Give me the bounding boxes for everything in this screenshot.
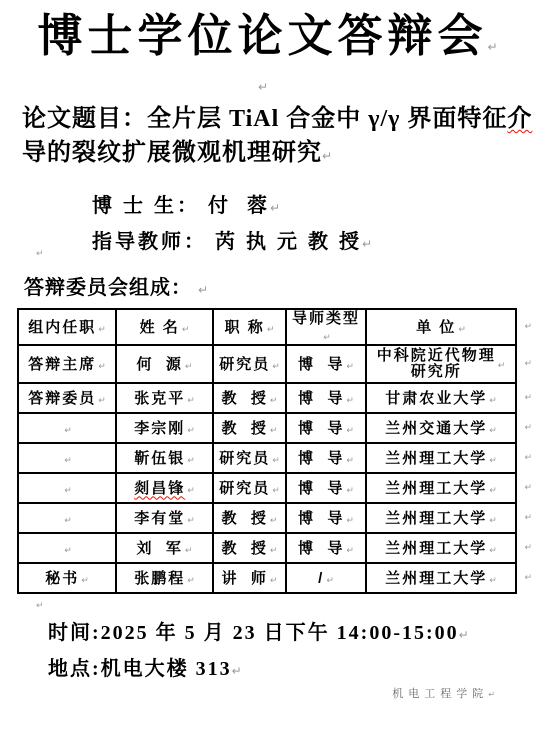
page: 博士学位论文答辩会↵ ↵ 论文题目：全片层 TiAl 合金中 γ/γ 界面特征介… bbox=[0, 0, 535, 755]
table-cell: 剡昌锋↵ bbox=[116, 473, 213, 503]
table-cell: ↵ bbox=[18, 533, 116, 563]
cell-end-mark-icon: ↵ bbox=[267, 325, 275, 335]
row-end-mark-icon: ↵ bbox=[524, 322, 532, 332]
cell-end-mark-icon: ↵ bbox=[489, 456, 497, 466]
cell-end-mark-icon: ↵ bbox=[489, 486, 497, 496]
cell-end-mark-icon: ↵ bbox=[272, 456, 280, 466]
table-cell: 秘书↵ bbox=[18, 563, 116, 593]
table-row: ↵ 刘 军↵ 教 授↵ 博 导↵ 兰州理工大学↵↵ bbox=[18, 533, 516, 563]
cell-end-mark-icon: ↵ bbox=[489, 576, 497, 586]
table-cell: 李有堂↵ bbox=[116, 503, 213, 533]
cell-end-mark-icon: ↵ bbox=[272, 486, 280, 496]
cell-end-mark-icon: ↵ bbox=[185, 546, 193, 556]
cell-end-mark-icon: ↵ bbox=[270, 546, 278, 556]
cell-end-mark-icon: ↵ bbox=[326, 576, 334, 586]
time-line: 时间:2025 年 5 月 23 日下午 14:00-15:00↵ bbox=[48, 616, 469, 645]
cell-end-mark-icon: ↵ bbox=[98, 362, 106, 372]
paragraph-mark-icon: ↵ bbox=[459, 628, 469, 642]
cell-end-mark-icon: ↵ bbox=[346, 546, 354, 556]
cell-end-mark-icon: ↵ bbox=[98, 396, 106, 406]
cell-end-mark-icon: ↵ bbox=[346, 486, 354, 496]
location-line: 地点:机电大楼 313↵ bbox=[48, 652, 242, 681]
cell-end-mark-icon: ↵ bbox=[64, 516, 72, 526]
table-cell: ↵ bbox=[18, 443, 116, 473]
cell-end-mark-icon: ↵ bbox=[64, 456, 72, 466]
cell-end-mark-icon: ↵ bbox=[489, 426, 497, 436]
table-cell: 李宗刚↵ bbox=[116, 413, 213, 443]
table-header-cell: 姓 名↵ bbox=[116, 309, 213, 345]
cell-end-mark-icon: ↵ bbox=[98, 325, 106, 335]
cell-end-mark-icon: ↵ bbox=[187, 576, 195, 586]
row-end-mark-icon: ↵ bbox=[524, 513, 532, 523]
thesis-title-line1: 论文题目：全片层 TiAl 合金中 γ/γ 界面特征介 bbox=[22, 102, 535, 136]
table-cell: 何 源↵ bbox=[116, 345, 213, 383]
paragraph-mark-icon: ↵ bbox=[36, 249, 44, 259]
paragraph-mark-icon: ↵ bbox=[487, 40, 497, 54]
table-cell: 答辩委员↵ bbox=[18, 383, 116, 413]
table-cell: 博 导↵ bbox=[286, 533, 366, 563]
table-cell: 兰州理工大学↵↵ bbox=[366, 533, 516, 563]
cell-end-mark-icon: ↵ bbox=[81, 576, 89, 586]
table-cell: 博 导↵ bbox=[286, 503, 366, 533]
table-cell: 兰州理工大学↵↵ bbox=[366, 563, 516, 593]
cell-end-mark-icon: ↵ bbox=[346, 362, 354, 372]
cell-end-mark-icon: ↵ bbox=[270, 396, 278, 406]
cell-end-mark-icon: ↵ bbox=[182, 325, 190, 335]
cell-end-mark-icon: ↵ bbox=[346, 396, 354, 406]
table-cell: 靳伍银↵ bbox=[116, 443, 213, 473]
cell-end-mark-icon: ↵ bbox=[489, 396, 497, 406]
table-cell: 博 导↵ bbox=[286, 473, 366, 503]
table-cell: 张鹏程↵ bbox=[116, 563, 213, 593]
paragraph-mark-icon: ↵ bbox=[258, 80, 268, 94]
row-end-mark-icon: ↵ bbox=[524, 483, 532, 493]
row-end-mark-icon: ↵ bbox=[524, 543, 532, 553]
paragraph-mark-icon: ↵ bbox=[232, 664, 242, 678]
student-line: 博 士 生： 付 蓉↵ bbox=[92, 189, 280, 218]
committee-table-wrapper: 组内任职↵ 姓 名↵ 职 称↵ 导师类型↵ 单 位↵↵ 答辩主席↵ 何 源↵ 研… bbox=[17, 308, 517, 594]
row-end-mark-icon: ↵ bbox=[524, 359, 532, 369]
table-cell: 中科院近代物理 研究所↵↵ bbox=[366, 345, 516, 383]
table-cell: 刘 军↵ bbox=[116, 533, 213, 563]
paragraph-mark-icon: ↵ bbox=[362, 237, 372, 251]
cell-end-mark-icon: ↵ bbox=[346, 456, 354, 466]
paragraph-mark-icon: ↵ bbox=[36, 601, 44, 611]
table-cell: 博 导↵ bbox=[286, 443, 366, 473]
table-cell: 研究员↵ bbox=[213, 473, 286, 503]
table-cell: 教 授↵ bbox=[213, 533, 286, 563]
table-header-cell: 组内任职↵ bbox=[18, 309, 116, 345]
cell-end-mark-icon: ↵ bbox=[270, 576, 278, 586]
table-cell: ↵ bbox=[18, 473, 116, 503]
title-row: 博士学位论文答辩会↵ bbox=[0, 10, 535, 62]
paragraph-mark-icon: ↵ bbox=[322, 149, 332, 163]
row-end-mark-icon: ↵ bbox=[524, 573, 532, 583]
table-row: 答辩主席↵ 何 源↵ 研究员↵ 博 导↵ 中科院近代物理 研究所↵↵ bbox=[18, 345, 516, 383]
cell-end-mark-icon: ↵ bbox=[187, 396, 195, 406]
cell-end-mark-icon: ↵ bbox=[187, 426, 195, 436]
table-header-row: 组内任职↵ 姓 名↵ 职 称↵ 导师类型↵ 单 位↵↵ bbox=[18, 309, 516, 345]
cell-end-mark-icon: ↵ bbox=[187, 486, 195, 496]
paragraph-mark-icon: ↵ bbox=[488, 690, 495, 699]
cell-end-mark-icon: ↵ bbox=[346, 426, 354, 436]
table-cell: 教 授↵ bbox=[213, 503, 286, 533]
table-cell: 答辩主席↵ bbox=[18, 345, 116, 383]
document-title: 博士学位论文答辩会 bbox=[37, 11, 487, 61]
cell-end-mark-icon: ↵ bbox=[489, 516, 497, 526]
cell-end-mark-icon: ↵ bbox=[458, 325, 466, 335]
table-cell: 博 导↵ bbox=[286, 345, 366, 383]
table-cell: 研究员↵ bbox=[213, 345, 286, 383]
cell-end-mark-icon: ↵ bbox=[64, 486, 72, 496]
table-cell: 兰州理工大学↵↵ bbox=[366, 473, 516, 503]
cell-end-mark-icon: ↵ bbox=[346, 516, 354, 526]
table-row: 答辩委员↵ 张克平↵ 教 授↵ 博 导↵ 甘肃农业大学↵↵ bbox=[18, 383, 516, 413]
cell-end-mark-icon: ↵ bbox=[498, 361, 506, 371]
table-header-cell: 单 位↵↵ bbox=[366, 309, 516, 345]
table-cell: 教 授↵ bbox=[213, 383, 286, 413]
row-end-mark-icon: ↵ bbox=[524, 453, 532, 463]
cell-end-mark-icon: ↵ bbox=[270, 426, 278, 436]
advisor-line: 指导教师： 芮 执 元 教 授↵ bbox=[92, 225, 372, 254]
table-row: ↵ 李有堂↵ 教 授↵ 博 导↵ 兰州理工大学↵↵ bbox=[18, 503, 516, 533]
table-cell: 博 导↵ bbox=[286, 413, 366, 443]
table-row: 秘书↵ 张鹏程↵ 讲 师↵ /↵ 兰州理工大学↵↵ bbox=[18, 563, 516, 593]
cell-end-mark-icon: ↵ bbox=[64, 426, 72, 436]
table-cell: 研究员↵ bbox=[213, 443, 286, 473]
flagged-name-text: 剡昌锋 bbox=[134, 481, 185, 497]
table-cell: /↵ bbox=[286, 563, 366, 593]
table-row: ↵ 李宗刚↵ 教 授↵ 博 导↵ 兰州交通大学↵↵ bbox=[18, 413, 516, 443]
department-signature: 机电工程学院↵ bbox=[392, 685, 495, 701]
paragraph-mark-icon: ↵ bbox=[270, 201, 280, 215]
defense-committee-table: 组内任职↵ 姓 名↵ 职 称↵ 导师类型↵ 单 位↵↵ 答辩主席↵ 何 源↵ 研… bbox=[17, 308, 517, 594]
cell-end-mark-icon: ↵ bbox=[489, 546, 497, 556]
thesis-title: 论文题目：全片层 TiAl 合金中 γ/γ 界面特征介 导的裂纹扩展微观机理研究… bbox=[22, 102, 535, 173]
table-cell: ↵ bbox=[18, 413, 116, 443]
table-header-cell: 职 称↵ bbox=[213, 309, 286, 345]
cell-end-mark-icon: ↵ bbox=[187, 516, 195, 526]
cell-end-mark-icon: ↵ bbox=[272, 362, 280, 372]
table-row: ↵ 剡昌锋↵ 研究员↵ 博 导↵ 兰州理工大学↵↵ bbox=[18, 473, 516, 503]
thesis-title-line2: 导的裂纹扩展微观机理研究↵ bbox=[22, 136, 535, 173]
committee-heading: 答辩委员会组成： ↵ bbox=[24, 271, 208, 300]
table-header-cell: 导师类型↵ bbox=[286, 309, 366, 345]
table-cell: 兰州交通大学↵↵ bbox=[366, 413, 516, 443]
thesis-title-flagged-text: 介 bbox=[507, 106, 532, 132]
table-cell: 博 导↵ bbox=[286, 383, 366, 413]
cell-end-mark-icon: ↵ bbox=[187, 456, 195, 466]
cell-end-mark-icon: ↵ bbox=[323, 333, 331, 343]
table-cell: 张克平↵ bbox=[116, 383, 213, 413]
table-cell: ↵ bbox=[18, 503, 116, 533]
table-cell: 讲 师↵ bbox=[213, 563, 286, 593]
table-cell: 兰州理工大学↵↵ bbox=[366, 443, 516, 473]
row-end-mark-icon: ↵ bbox=[524, 423, 532, 433]
cell-end-mark-icon: ↵ bbox=[270, 516, 278, 526]
table-cell: 教 授↵ bbox=[213, 413, 286, 443]
cell-end-mark-icon: ↵ bbox=[185, 362, 193, 372]
row-end-mark-icon: ↵ bbox=[524, 393, 532, 403]
table-cell: 兰州理工大学↵↵ bbox=[366, 503, 516, 533]
table-row: ↵ 靳伍银↵ 研究员↵ 博 导↵ 兰州理工大学↵↵ bbox=[18, 443, 516, 473]
cell-end-mark-icon: ↵ bbox=[64, 546, 72, 556]
paragraph-mark-icon: ↵ bbox=[198, 283, 208, 297]
table-cell: 甘肃农业大学↵↵ bbox=[366, 383, 516, 413]
